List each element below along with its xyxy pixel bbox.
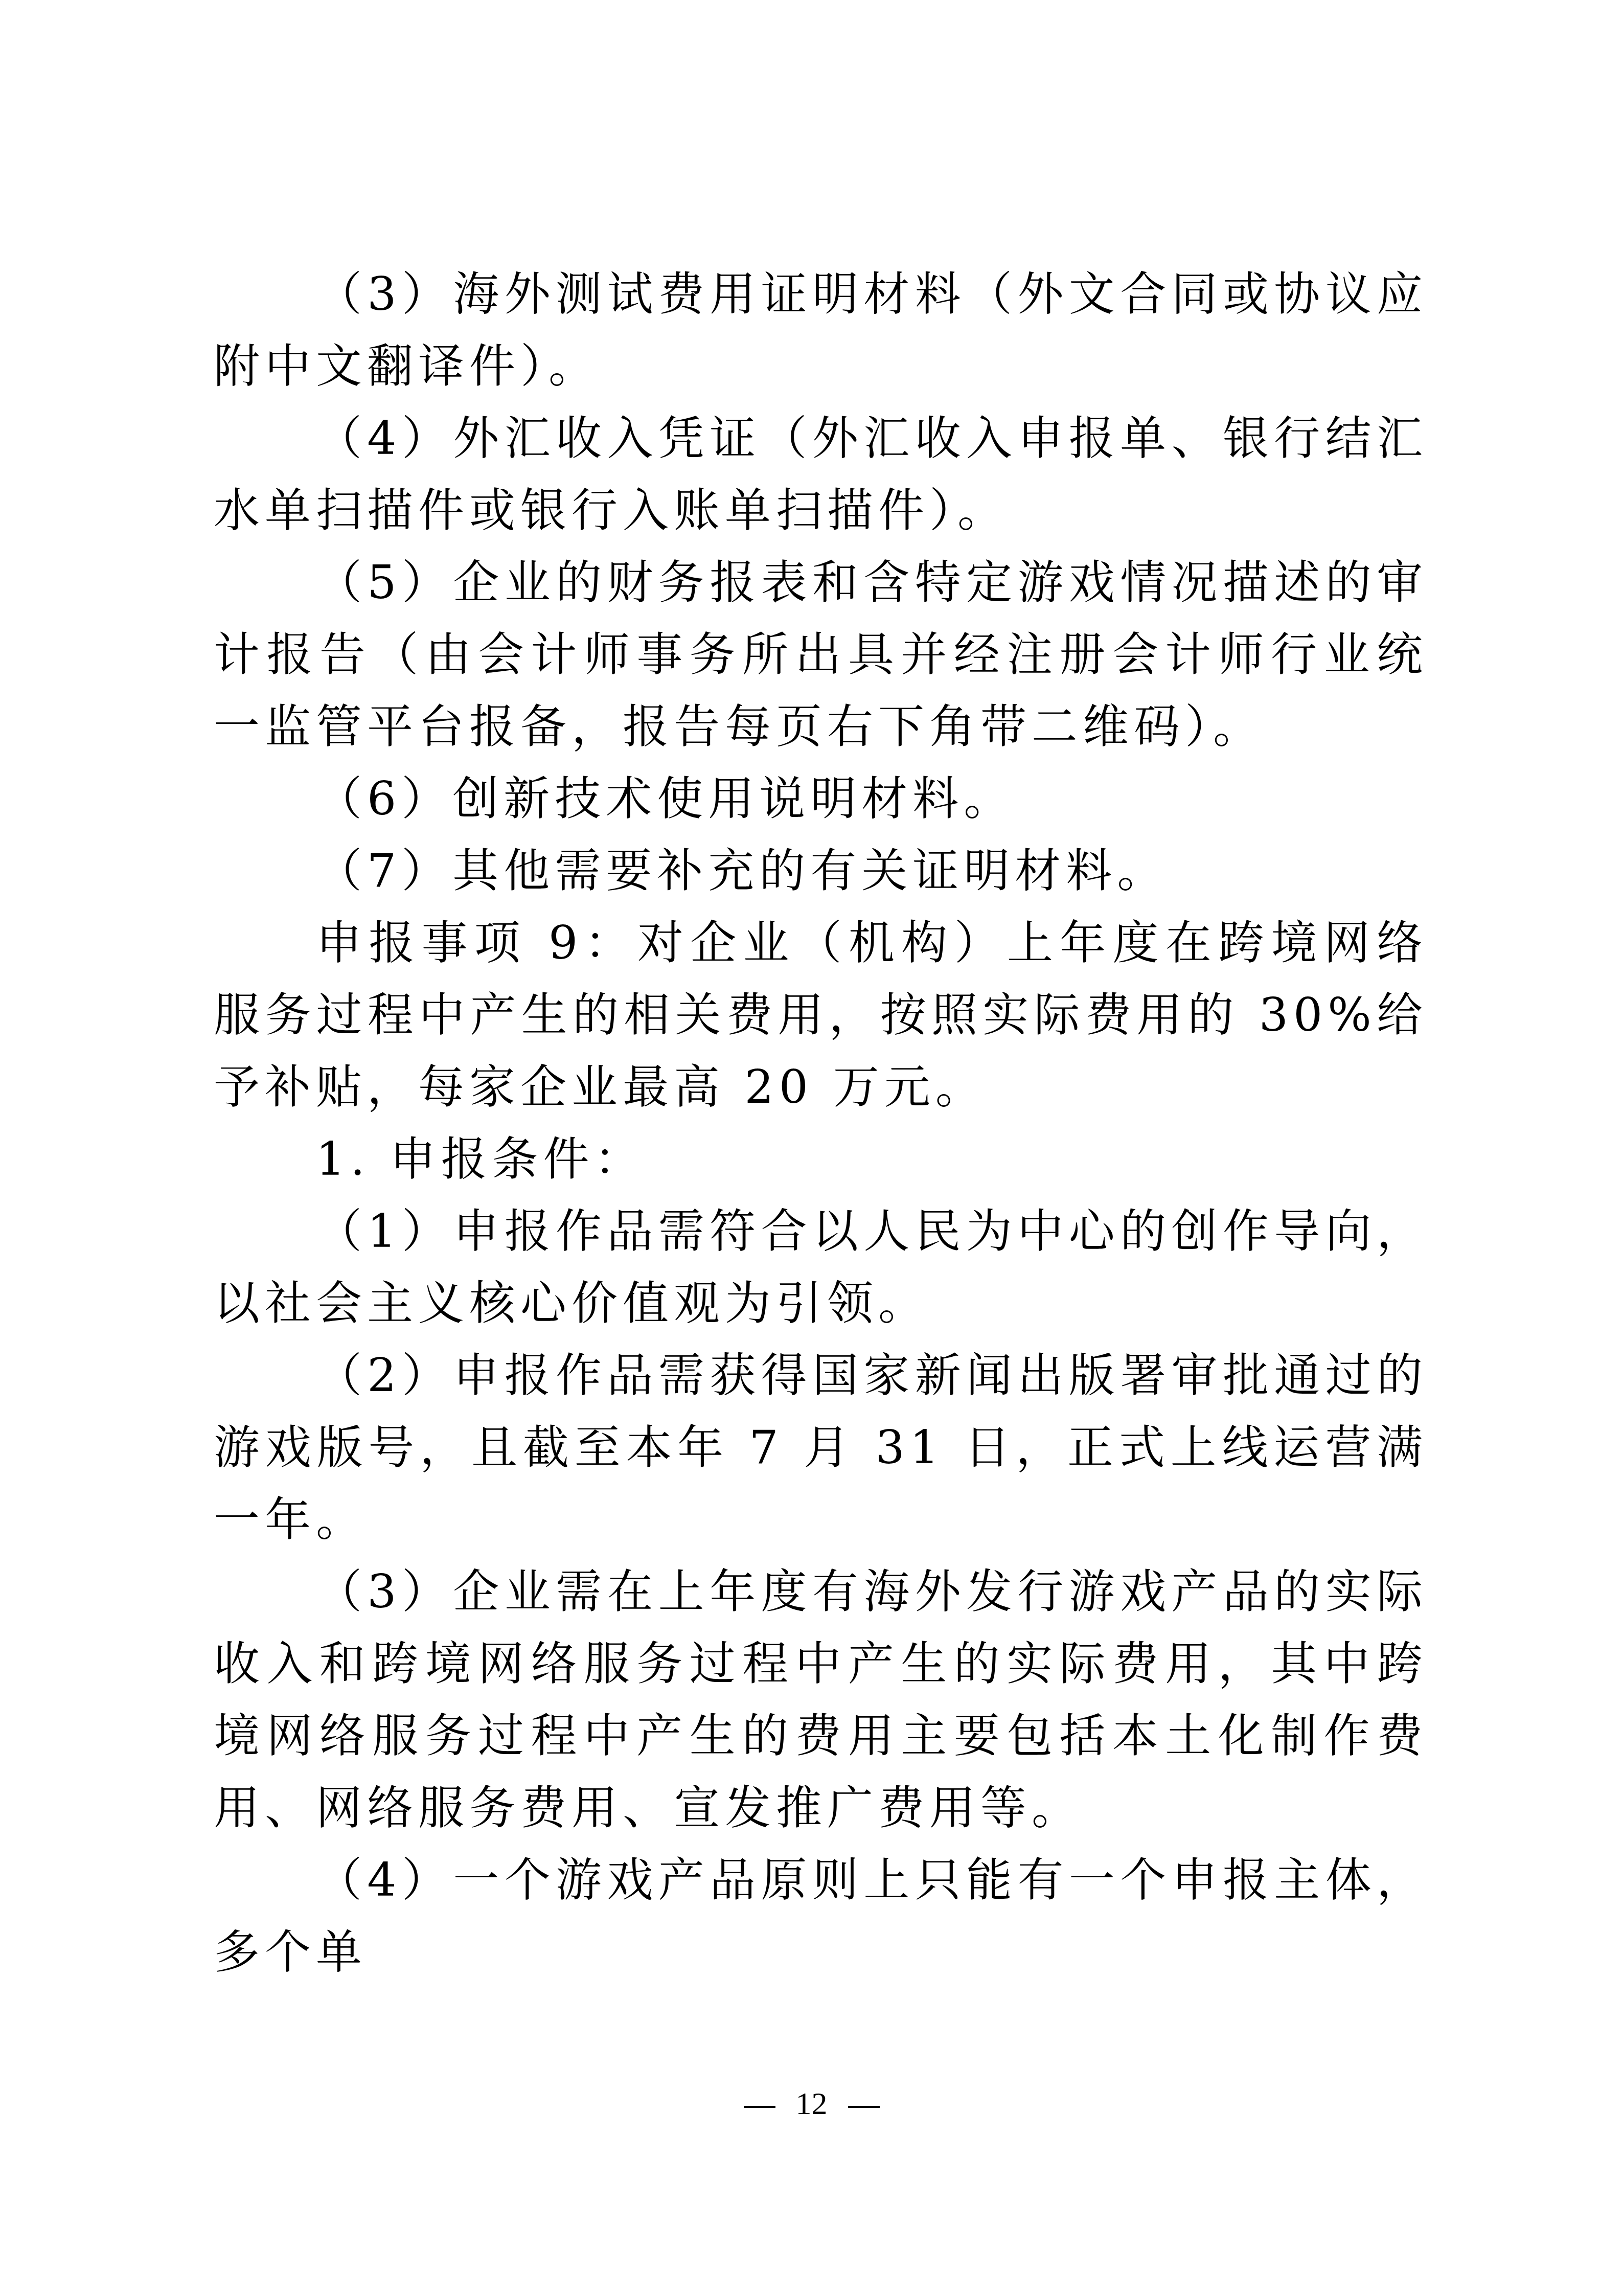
paragraph-condition-2: （2）申报作品需获得国家新闻出版署审批通过的游戏版号，且截至本年 7 月 31 … — [214, 1339, 1428, 1556]
paragraph-condition-1: （1）申报作品需符合以人民为中心的创作导向，以社会主义核心价值观为引领。 — [214, 1195, 1428, 1339]
dash-right — [848, 2106, 880, 2108]
document-body: （3）海外测试费用证明材料（外文合同或协议应附中文翻译件）。 （4）外汇收入凭证… — [214, 258, 1428, 1988]
paragraph-overseas-testing-costs: （3）海外测试费用证明材料（外文合同或协议应附中文翻译件）。 — [214, 258, 1428, 402]
paragraph-condition-4: （4）一个游戏产品原则上只能有一个申报主体，多个单 — [214, 1844, 1428, 1988]
paragraph-application-conditions: 1. 申报条件： — [214, 1123, 1428, 1195]
paragraph-other-materials: （7）其他需要补充的有关证明材料。 — [214, 835, 1428, 907]
paragraph-financial-audit-report: （5）企业的财务报表和含特定游戏情况描述的审计报告（由会计师事务所出具并经注册会… — [214, 547, 1428, 763]
page-number: 12 — [0, 2086, 1623, 2122]
dash-left — [744, 2106, 775, 2108]
paragraph-innovation-tech-materials: （6）创新技术使用说明材料。 — [214, 763, 1428, 835]
paragraph-forex-income-voucher: （4）外汇收入凭证（外汇收入申报单、银行结汇水单扫描件或银行入账单扫描件）。 — [214, 402, 1428, 547]
paragraph-condition-3: （3）企业需在上年度有海外发行游戏产品的实际收入和跨境网络服务过程中产生的实际费… — [214, 1556, 1428, 1844]
page-number-value: 12 — [796, 2086, 828, 2121]
paragraph-item-9-heading: 申报事项 9：对企业（机构）上年度在跨境网络服务过程中产生的相关费用，按照实际费… — [214, 907, 1428, 1123]
